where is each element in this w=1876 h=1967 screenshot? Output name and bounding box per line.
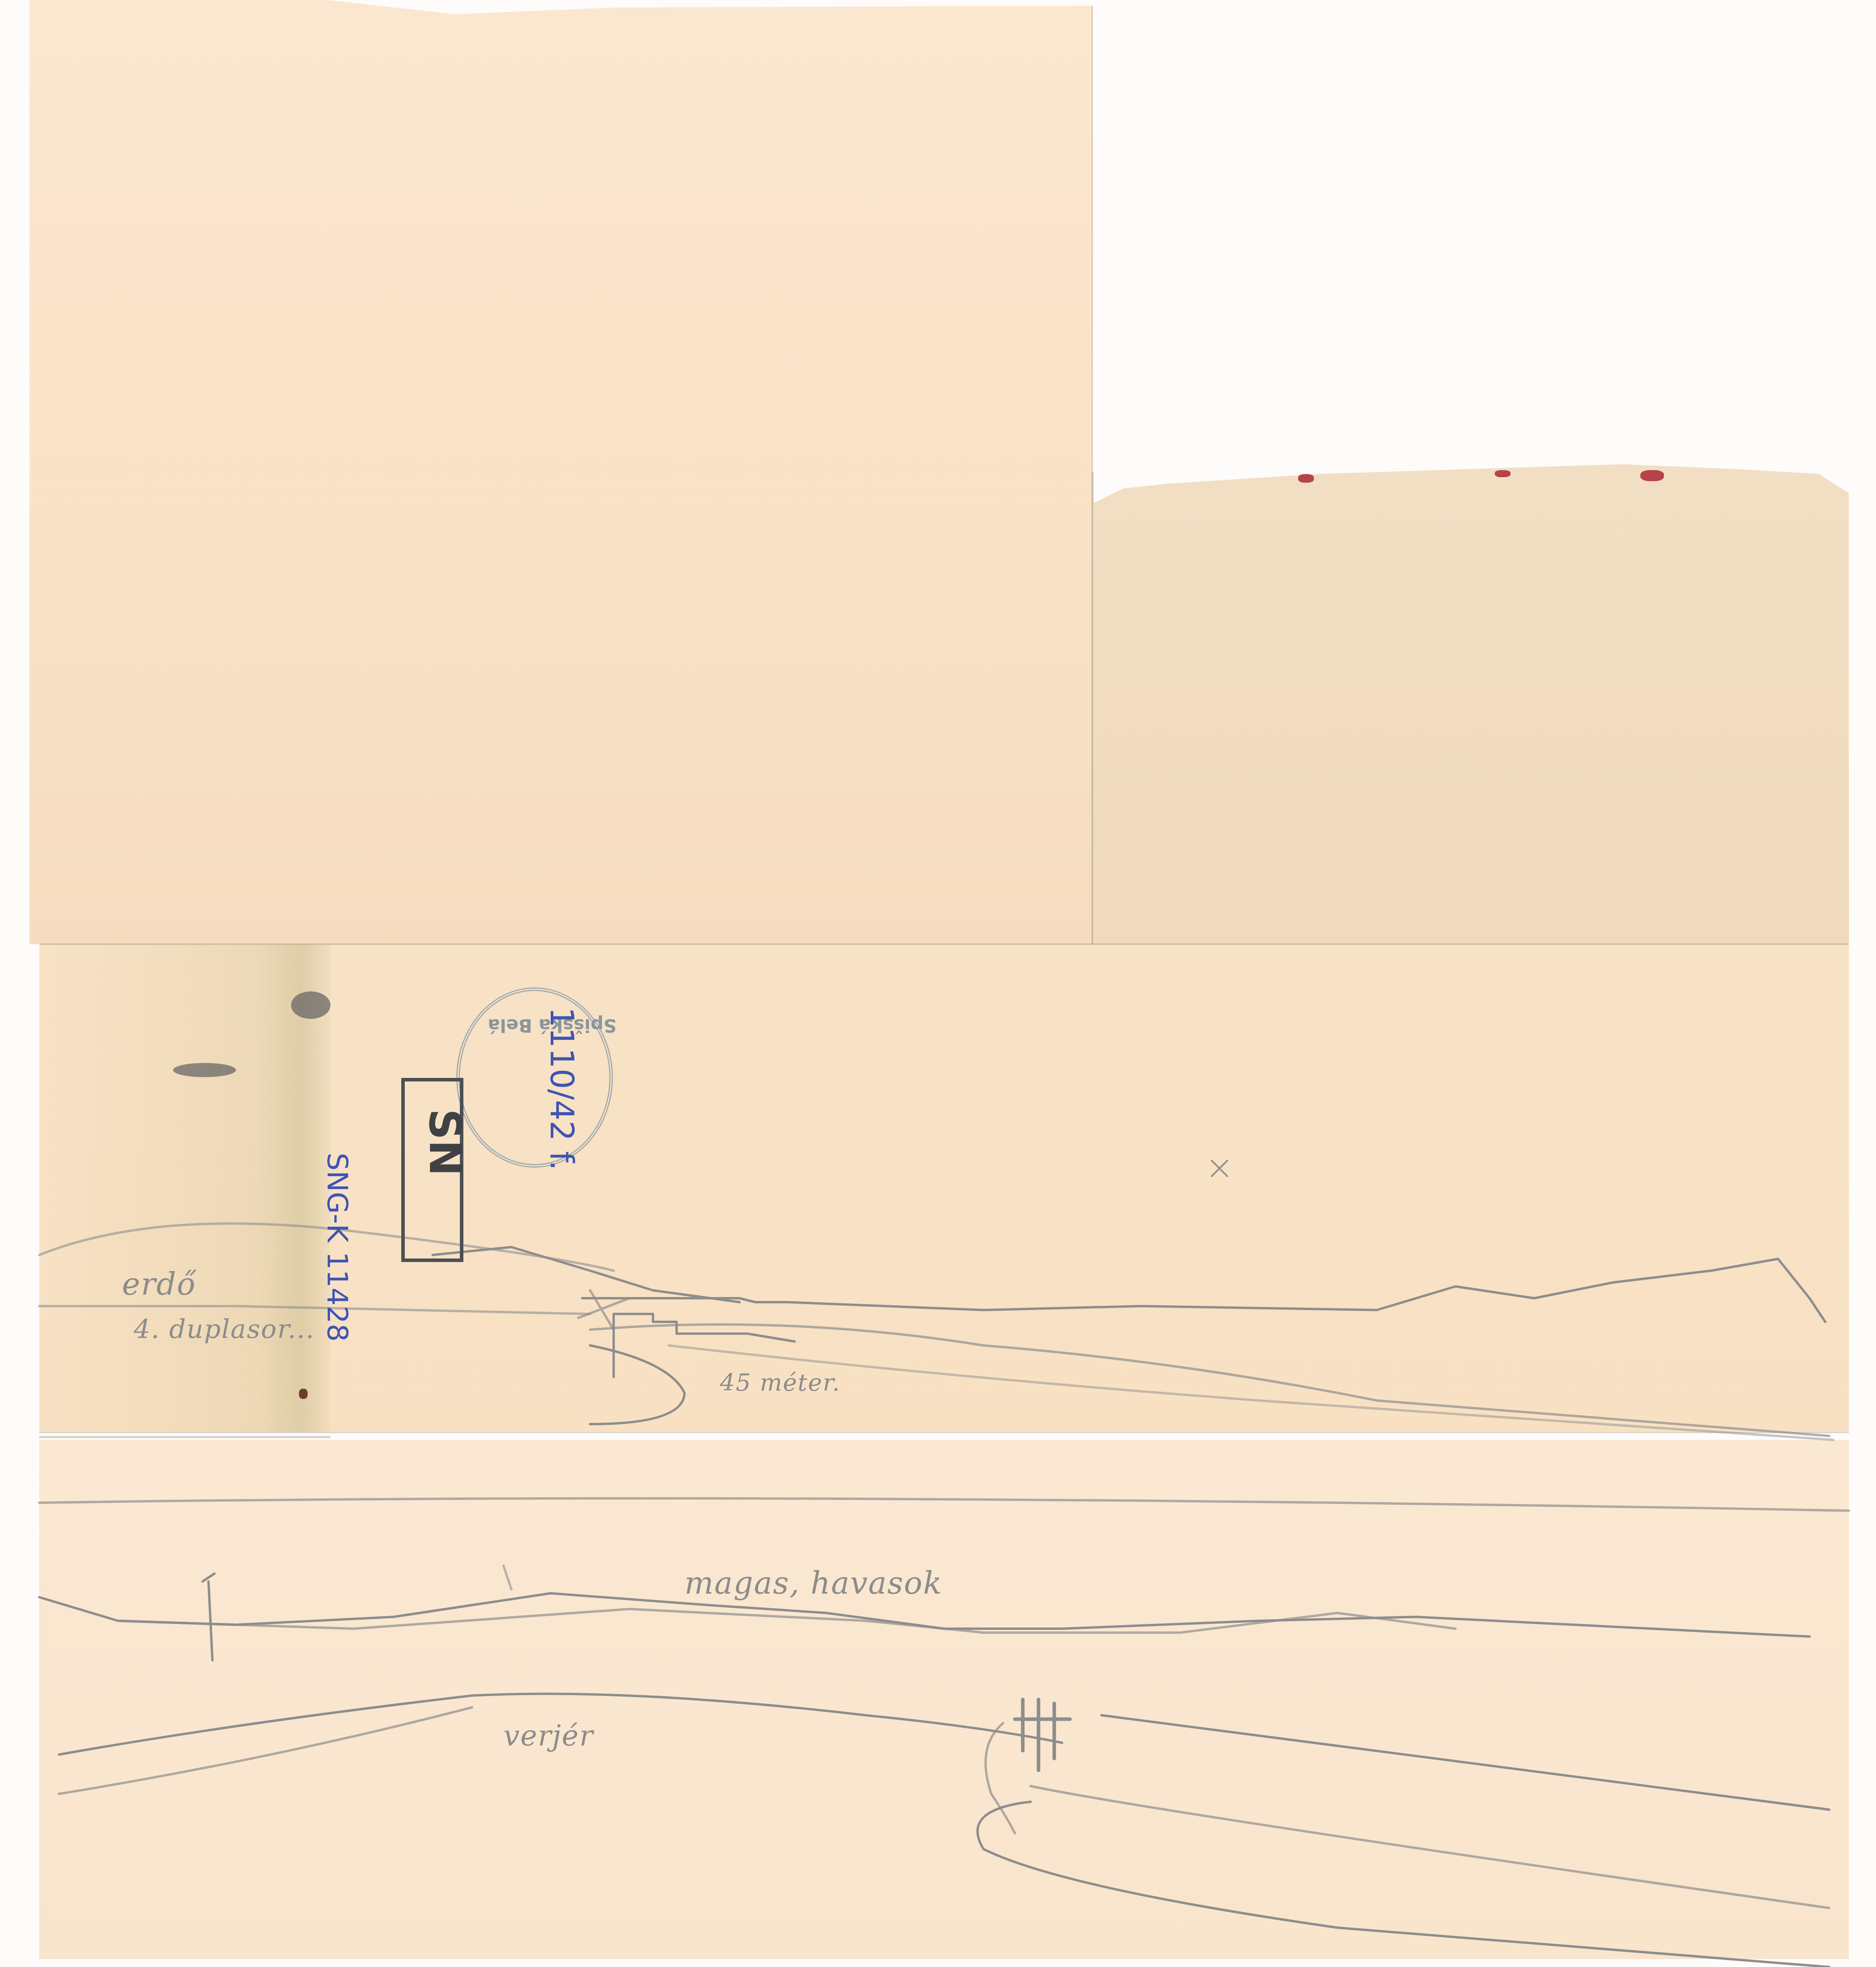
annotation-mountains: magas, havasok (684, 1566, 943, 1601)
stamp-sn-label: SN (420, 1109, 470, 1176)
pencil-landscape-sketch (0, 0, 1876, 1967)
circular-ownership-stamp (456, 987, 613, 1168)
annotation-forest: erdő (122, 1267, 196, 1302)
handwritten-inventory-number: SNG-K 11428 (321, 1153, 354, 1341)
annotation-double-row: 4. duplasor... (134, 1314, 315, 1344)
annotation-distance: 45 méter. (720, 1369, 841, 1397)
handwritten-catalog-number: 1110/42 f. (543, 1007, 580, 1171)
annotation-orchard: verjér (504, 1719, 594, 1752)
